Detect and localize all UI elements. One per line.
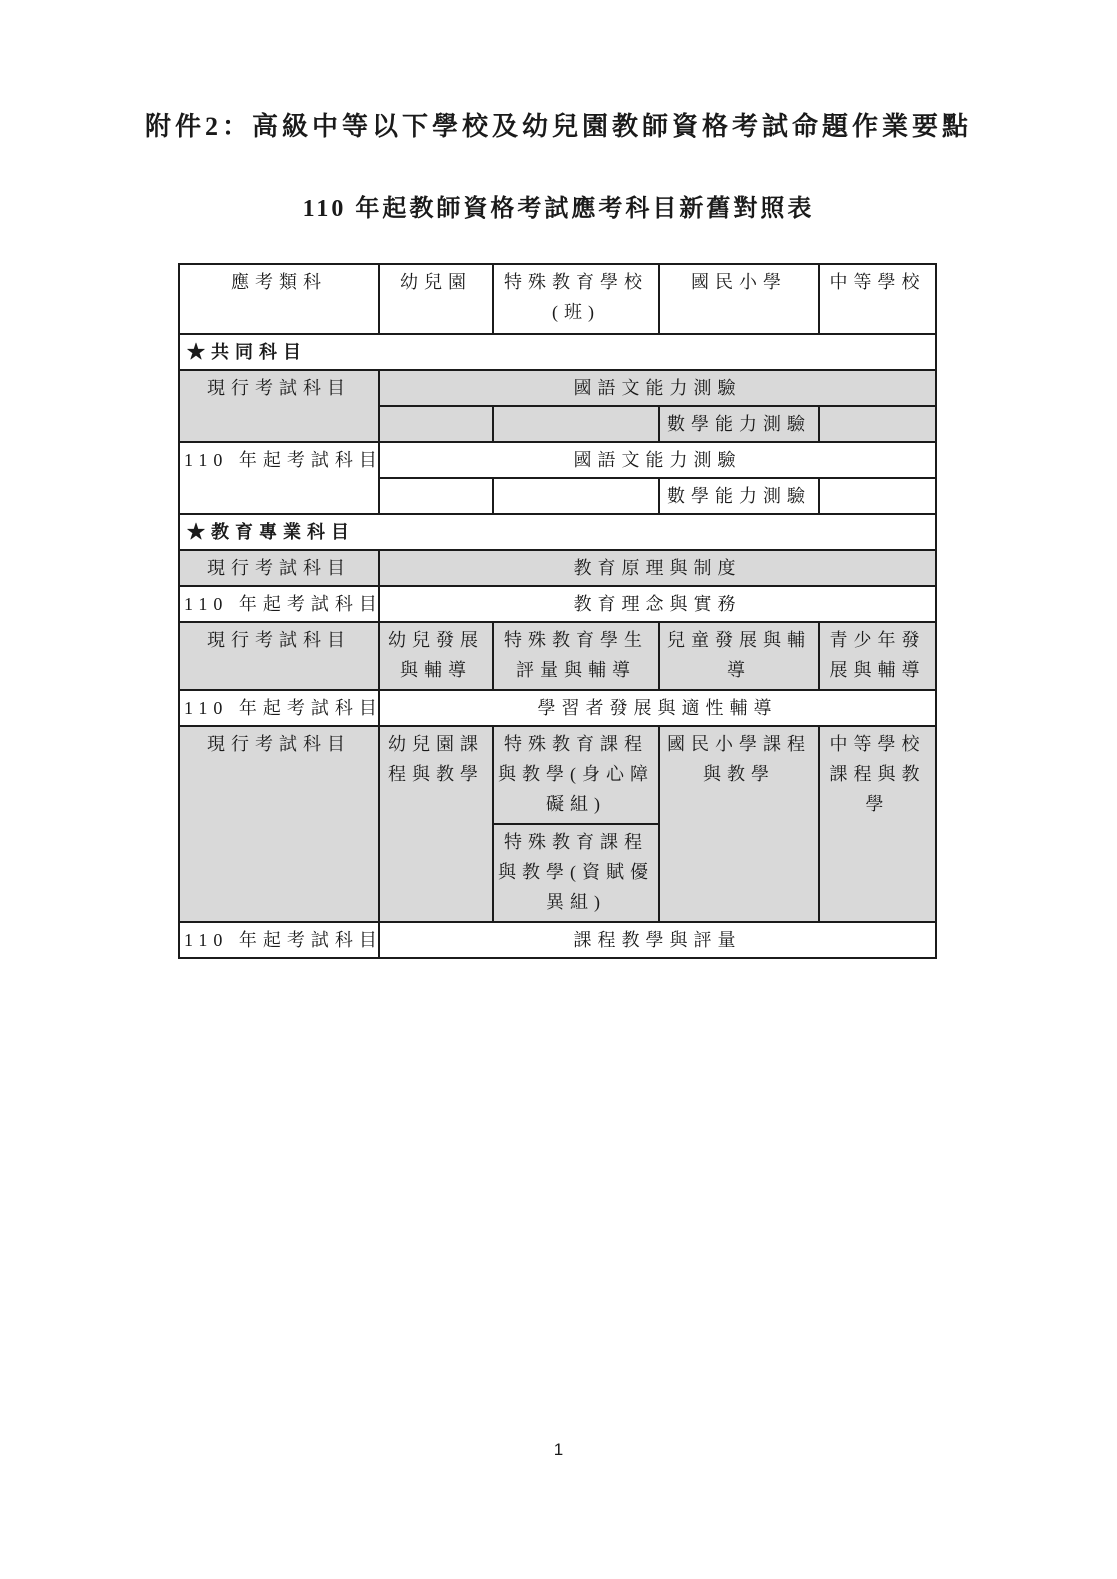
row-label-common-current: 現行考試科目 <box>179 370 379 442</box>
row-common-current-a: 現行考試科目 國語文能力測驗 <box>179 370 936 406</box>
section-header-professional: ★教育專業科目 <box>179 514 936 550</box>
cell-prof-current-curr-secondary: 中等學校課程與教學 <box>819 726 936 922</box>
header-cell-kindergarten: 幼兒園 <box>379 264 493 334</box>
cell-prof-110-principles: 教育理念與實務 <box>379 586 936 622</box>
cell-common-current-math: 數學能力測驗 <box>659 406 819 442</box>
header-cell-secondary: 中等學校 <box>819 264 936 334</box>
document-title: 附件2：高級中等以下學校及幼兒園教師資格考試命題作業要點 <box>145 106 972 143</box>
cell-prof-current-dev-kindergarten: 幼兒發展與輔導 <box>379 622 493 690</box>
row-label-prof-current-1: 現行考試科目 <box>179 550 379 586</box>
cell-common-110-math: 數學能力測驗 <box>659 478 819 514</box>
exam-subject-comparison-table: 應考類科 幼兒園 特殊教育學校 (班) 國民小學 中等學校 ★共同科目 現行考試… <box>178 263 937 959</box>
header-cell-category: 應考類科 <box>179 264 379 334</box>
cell-prof-current-curr-special-disability: 特殊教育課程與教學(身心障礙組) <box>493 726 659 824</box>
cell-common-110-mandarin: 國語文能力測驗 <box>379 442 936 478</box>
row-label-common-110: 110 年起考試科目 <box>179 442 379 514</box>
cell-common-110-secondary-empty <box>819 478 936 514</box>
row-label-prof-110-3: 110 年起考試科目 <box>179 922 379 958</box>
table-header-row: 應考類科 幼兒園 特殊教育學校 (班) 國民小學 中等學校 <box>179 264 936 334</box>
row-label-prof-110-1: 110 年起考試科目 <box>179 586 379 622</box>
header-cell-elementary: 國民小學 <box>659 264 819 334</box>
table-caption-title: 110 年起教師資格考試應考科目新舊對照表 <box>0 188 1117 223</box>
cell-common-current-secondary-empty <box>819 406 936 442</box>
section-row-professional: ★教育專業科目 <box>179 514 936 550</box>
row-prof-current-curriculum-a: 現行考試科目 幼兒園課程與教學 特殊教育課程與教學(身心障礙組) 國民小學課程與… <box>179 726 936 824</box>
cell-prof-current-principles: 教育原理與制度 <box>379 550 936 586</box>
row-prof-current-development: 現行考試科目 幼兒發展與輔導 特殊教育學生評量與輔導 兒童發展與輔導 青少年發展… <box>179 622 936 690</box>
cell-prof-current-curr-special-gifted: 特殊教育課程與教學(資賦優異組) <box>493 824 659 922</box>
cell-prof-current-dev-elementary: 兒童發展與輔導 <box>659 622 819 690</box>
row-label-prof-current-2: 現行考試科目 <box>179 622 379 690</box>
row-label-prof-current-3: 現行考試科目 <box>179 726 379 922</box>
row-prof-110-principles: 110 年起考試科目 教育理念與實務 <box>179 586 936 622</box>
cell-prof-110-curriculum: 課程教學與評量 <box>379 922 936 958</box>
header-cell-special-education-line2: (班) <box>498 297 654 327</box>
row-prof-110-development: 110 年起考試科目 學習者發展與適性輔導 <box>179 690 936 726</box>
row-common-110-a: 110 年起考試科目 國語文能力測驗 <box>179 442 936 478</box>
section-row-common: ★共同科目 <box>179 334 936 370</box>
header-cell-special-education: 特殊教育學校 (班) <box>493 264 659 334</box>
cell-common-current-kindergarten-empty <box>379 406 493 442</box>
cell-common-current-mandarin: 國語文能力測驗 <box>379 370 936 406</box>
cell-common-current-special-empty <box>493 406 659 442</box>
page-number: 1 <box>0 1440 1117 1460</box>
cell-prof-110-development: 學習者發展與適性輔導 <box>379 690 936 726</box>
row-label-prof-110-2: 110 年起考試科目 <box>179 690 379 726</box>
row-prof-110-curriculum: 110 年起考試科目 課程教學與評量 <box>179 922 936 958</box>
cell-prof-current-dev-special: 特殊教育學生評量與輔導 <box>493 622 659 690</box>
cell-prof-current-dev-secondary: 青少年發展與輔導 <box>819 622 936 690</box>
cell-prof-current-curr-elementary: 國民小學課程與教學 <box>659 726 819 922</box>
row-prof-current-principles: 現行考試科目 教育原理與制度 <box>179 550 936 586</box>
cell-common-110-kindergarten-empty <box>379 478 493 514</box>
cell-prof-current-curr-kindergarten: 幼兒園課程與教學 <box>379 726 493 922</box>
header-cell-special-education-line1: 特殊教育學校 <box>498 267 654 297</box>
cell-common-110-special-empty <box>493 478 659 514</box>
section-header-common: ★共同科目 <box>179 334 936 370</box>
